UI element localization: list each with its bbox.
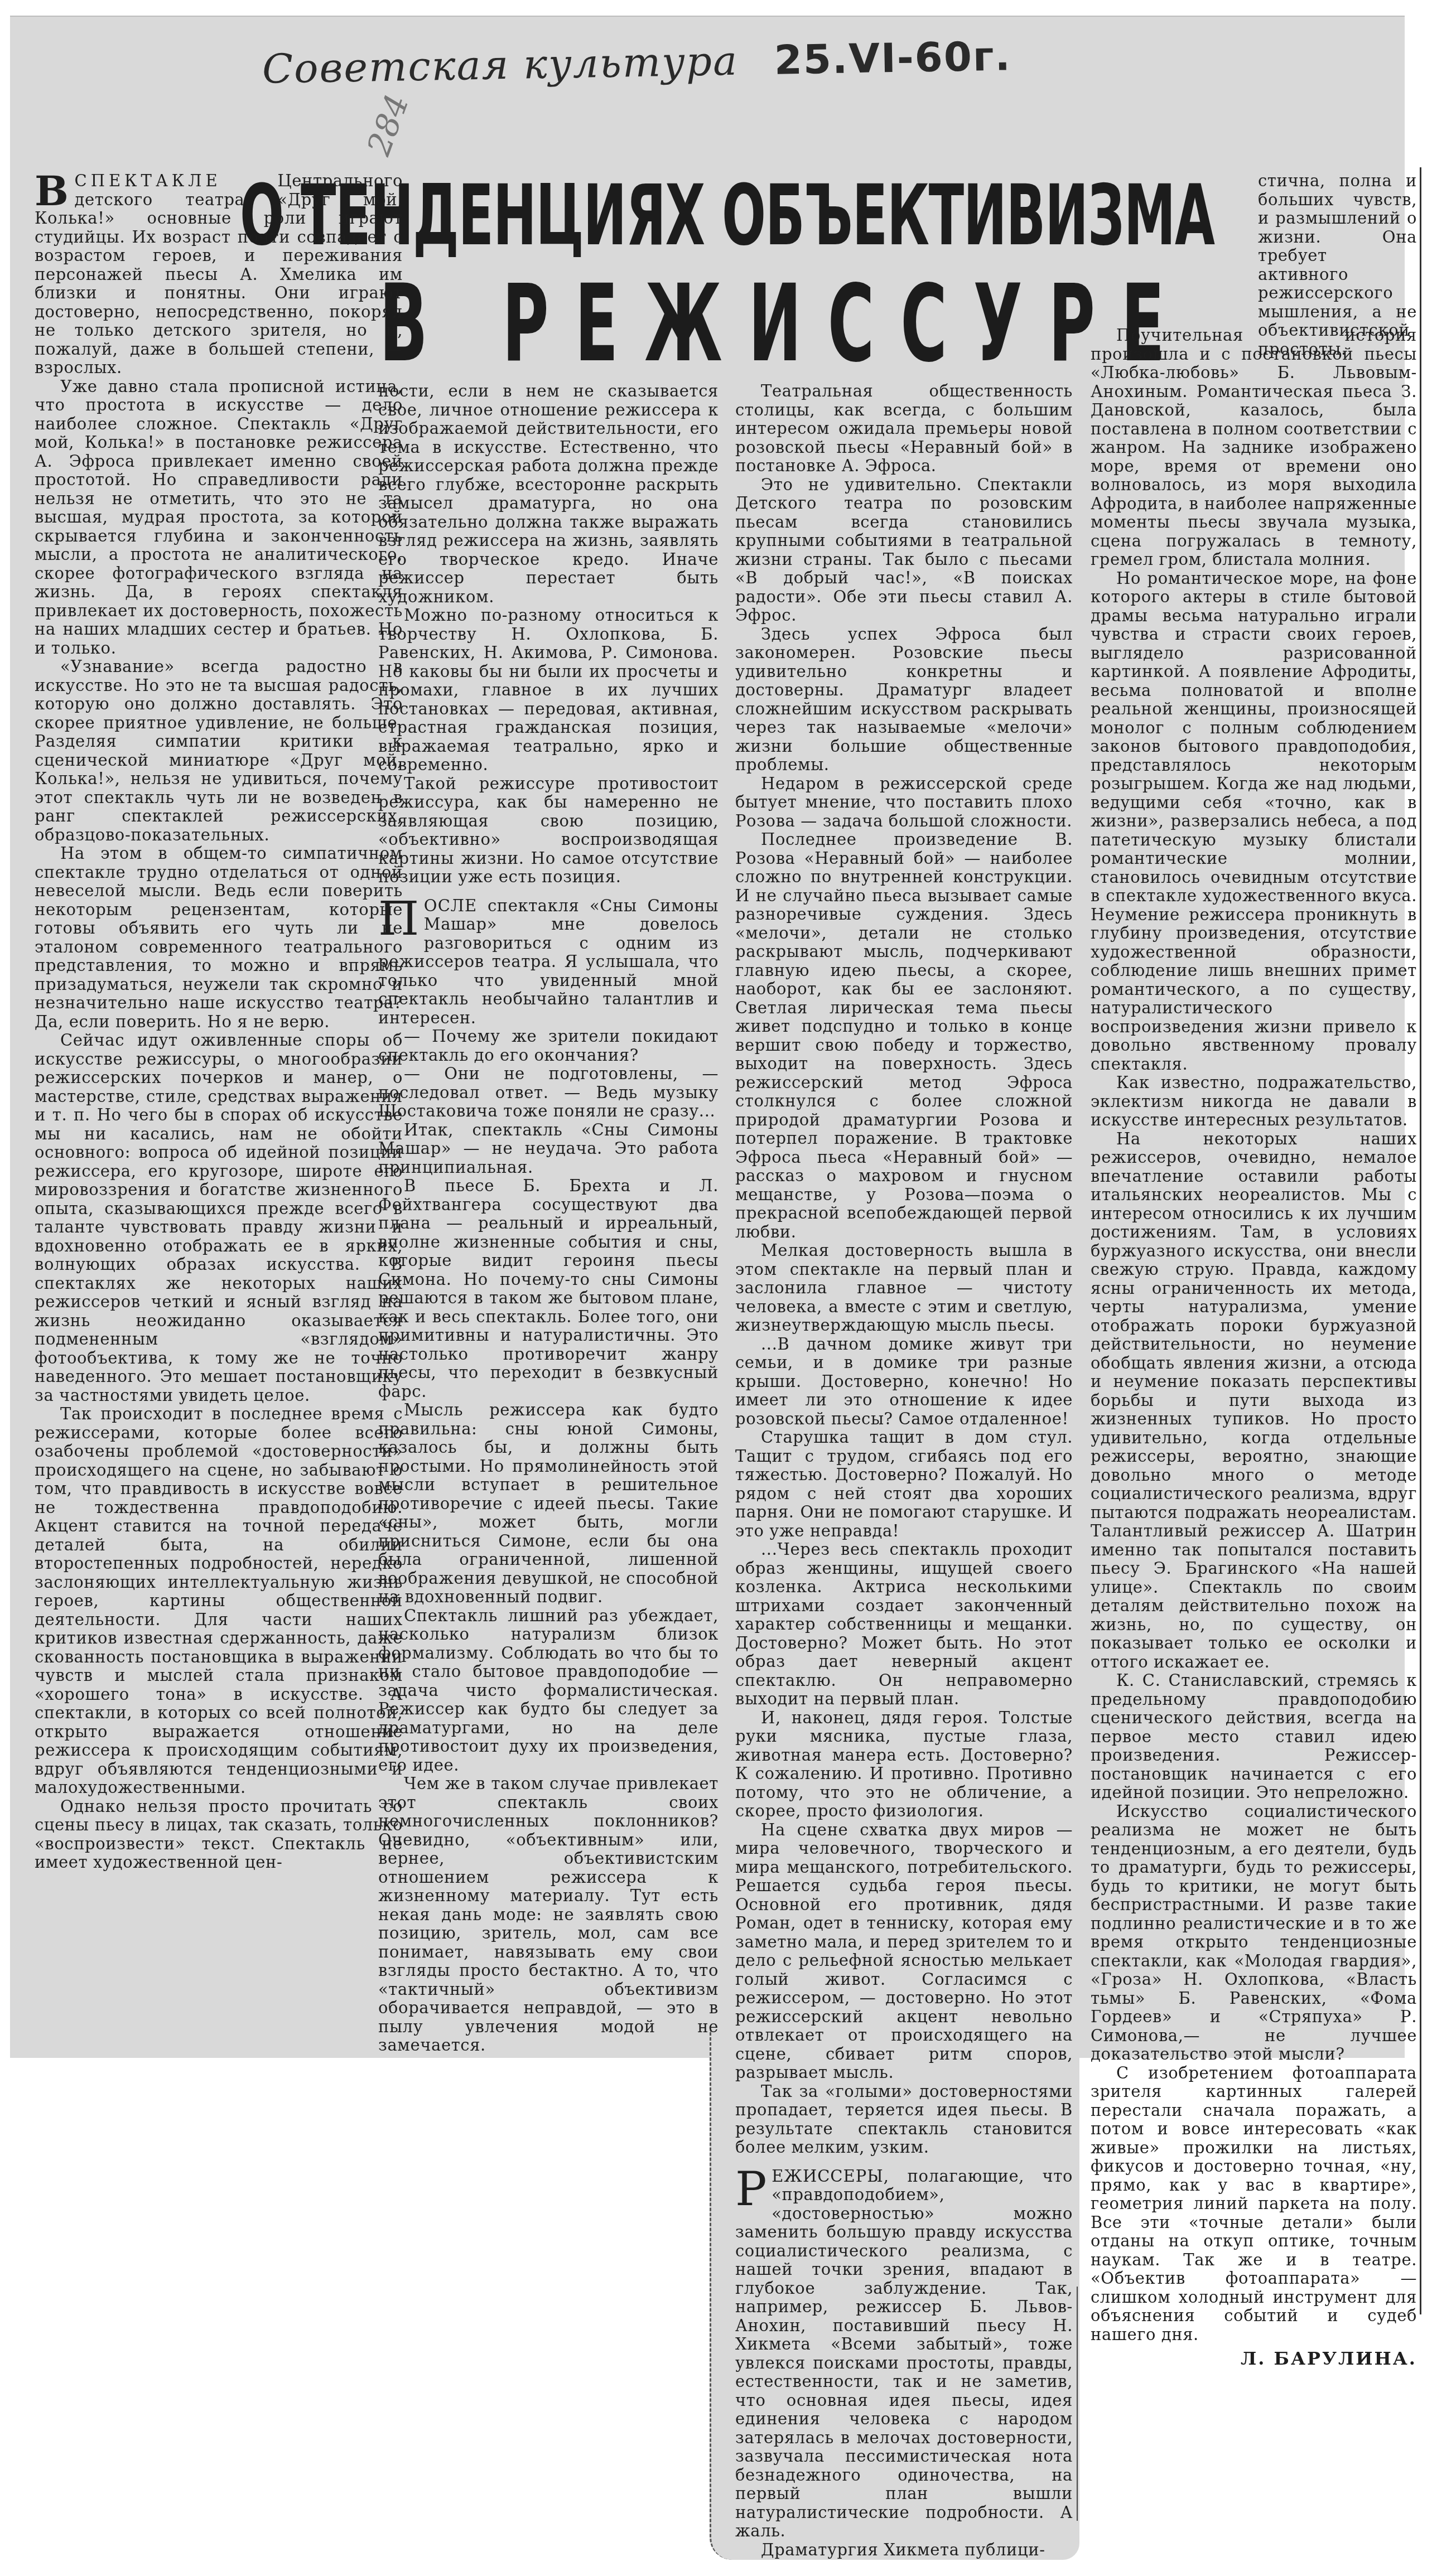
paragraph: Драматургия Хикмета публици- [735,2541,1073,2560]
paragraph: ности, если в нем не сказывается свое, л… [378,382,719,606]
paragraph: — Они не подготовлены, — последовал отве… [378,1065,719,1121]
article-column-1: В СПЕКТАКЛЕ Центрального детского театра… [35,172,403,1872]
paragraph: В пьесе Б. Брехта и Л. Фейхтвангера сосу… [378,1177,719,1401]
paragraph: Так происходит в последнее время с режис… [35,1405,403,1797]
paragraph: Уже давно стала прописной истина, что пр… [35,378,403,658]
paragraph: С изобретением фотоаппарата зрителя карт… [1091,2064,1417,2345]
newspaper-name: Советская культура [262,37,738,93]
paragraph: Недаром в режиссерской среде бытует мнен… [735,775,1073,831]
paragraph: Итак, спектакль «Сны Симоны Машар» — не … [378,1121,719,1177]
section-lead-paragraph: П ОСЛЕ спектакля «Сны Симоны Машар» мне … [378,897,719,1028]
article-column-2: ности, если в нем не сказывается свое, л… [378,382,719,2055]
paragraph: Такой режиссуре противостоит режиссура, … [378,775,719,887]
paragraph: И, наконец, дядя героя. Толстые руки мяс… [735,1709,1073,1821]
paragraph: «Узнавание» всегда радостно в искусстве.… [35,658,403,844]
paragraph: Однако нельзя просто прочитать со сцены … [35,1797,403,1872]
article-column-4: Поучительная история произошла и с поста… [1091,326,1417,2369]
paragraph: Мелкая достоверность вышла в этом спекта… [735,1241,1073,1335]
paragraph: Это не удивительно. Спектакли Детского т… [735,476,1073,625]
section-lead-paragraph: Р ЕЖИССЕРЫ, полагающие, что «правдоподоб… [735,2167,1073,2541]
paragraph: Здесь успех Эфроса был закономерен. Розо… [735,625,1073,775]
paragraph: Чем же в таком случае привлекает этот сп… [378,1775,719,2055]
article-column-3: Театральная общественность столицы, как … [735,382,1073,2559]
paragraph: — Почему же зрители покидают спектакль д… [378,1027,719,1065]
paragraph: Как известно, подражательство, эклектизм… [1091,1074,1417,1130]
paragraph: Но романтическое море, на фоне которого … [1091,569,1417,1074]
paragraph: ...Через весь спектакль проходит образ ж… [735,1540,1073,1709]
paragraph: Спектакль лишний раз убеждает, насколько… [378,1607,719,1775]
paragraph: Искусство социалистического реализма не … [1091,1802,1417,2064]
paragraph: Поучительная история произошла и с поста… [1091,326,1417,569]
paragraph: Так за «голыми» достоверностями пропадае… [735,2082,1073,2157]
paragraph: ...В дачном домике живут три семьи, и в … [735,1335,1073,1429]
paragraph: Театральная общественность столицы, как … [735,382,1073,476]
column-rule [1420,167,1421,2314]
paragraph: Старушка тащит в дом стул. Тащит с трудо… [735,1428,1073,1540]
paragraph: На этом в общем-то симпатичном спектакле… [35,844,403,1031]
paragraph: Мысль режиссера как будто правильна: сны… [378,1401,719,1607]
drop-cap: В [35,175,69,207]
column-rule [1077,2287,1078,2521]
paragraph: Можно по-разному относиться к творчеству… [378,606,719,775]
paragraph: Сейчас идут оживленные споры об искусств… [35,1031,403,1405]
publication-date: 25.VI-60г. [774,32,1012,83]
paragraph: К. С. Станиславский, стремясь к предельн… [1091,1671,1417,1802]
author-signature: Л. БАРУЛИНА. [1091,2350,1417,2369]
lead-caps: ОСЛЕ [424,896,477,915]
drop-cap: П [378,899,420,938]
drop-cap: Р [735,2169,767,2208]
paragraph: На некоторых наших режиссеров, очевидно,… [1091,1130,1417,1672]
paragraph: На сцене схватка двух миров — мира челов… [735,1821,1073,2082]
paragraph: Последнее произведение В. Розова «Неравн… [735,830,1073,1241]
lead-caps: СПЕКТАКЛЕ [74,171,221,190]
headline-line-2: В РЕЖИССУРЕ [379,262,1190,385]
lead-caps: ЕЖИССЕРЫ, [772,2167,889,2186]
lead-paragraph: В СПЕКТАКЛЕ Центрального детского театра… [35,172,403,378]
